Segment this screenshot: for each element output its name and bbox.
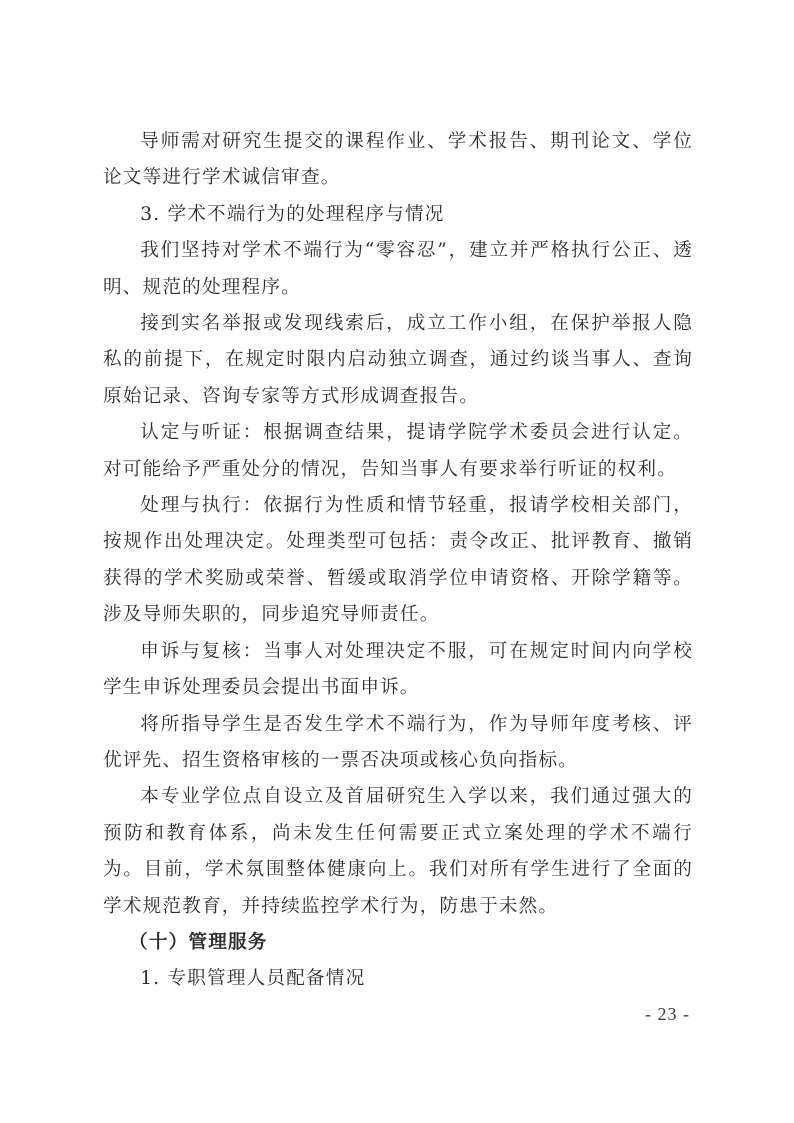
document-page: 导师需对研究生提交的课程作业、学术报告、期刊论文、学位论文等进行学术诚信审查。 … — [0, 0, 794, 1123]
section-heading-management-service: （十）管理服务 — [103, 925, 693, 961]
paragraph-advisor-assessment: 将所指导学生是否发生学术不端行为，作为导师年度考核、评优评先、招生资格审核的一票… — [103, 707, 693, 780]
paragraph-zero-tolerance: 我们坚持对学术不端行为“零容忍”，建立并严格执行公正、透明、规范的处理程序。 — [103, 233, 693, 306]
paragraph-appeal-review: 申诉与复核：当事人对处理决定不服，可在规定时间内向学校学生申诉处理委员会提出书面… — [103, 634, 693, 707]
paragraph-determination-hearing: 认定与听证：根据调查结果，提请学院学术委员会进行认定。对可能给予严重处分的情况，… — [103, 415, 693, 488]
paragraph-advisor-review: 导师需对研究生提交的课程作业、学术报告、期刊论文、学位论文等进行学术诚信审查。 — [103, 124, 693, 197]
heading-misconduct-procedure: 3. 学术不端行为的处理程序与情况 — [103, 197, 693, 233]
paragraph-handling-execution: 处理与执行：依据行为性质和情节轻重，报请学校相关部门，按规作出处理决定。处理类型… — [103, 488, 693, 634]
paragraph-current-status: 本专业学位点自设立及首届研究生入学以来，我们通过强大的预防和教育体系，尚未发生任… — [103, 779, 693, 925]
paragraph-investigation: 接到实名举报或发现线索后，成立工作小组，在保护举报人隐私的前提下，在规定时限内启… — [103, 306, 693, 415]
page-number: - 23 - — [645, 1004, 690, 1025]
document-body: 导师需对研究生提交的课程作业、学术报告、期刊论文、学位论文等进行学术诚信审查。 … — [103, 124, 693, 998]
heading-staff-allocation: 1. 专职管理人员配备情况 — [103, 961, 693, 997]
